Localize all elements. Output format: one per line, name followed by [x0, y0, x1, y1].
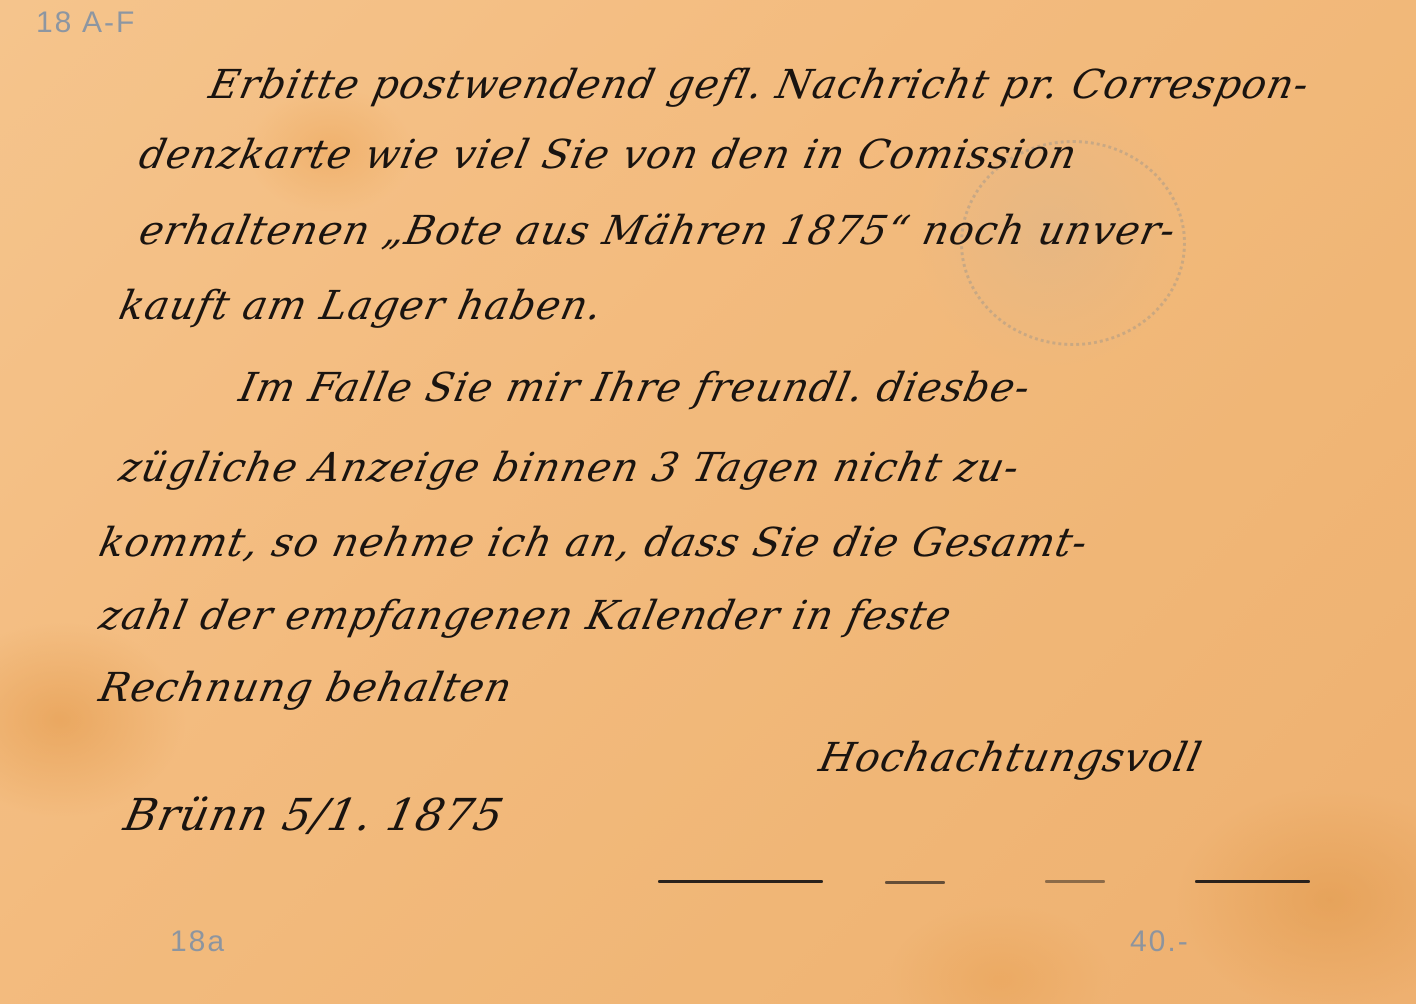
letter-line-6: zügliche Anzeige binnen 3 Tagen nicht zu… [115, 445, 1024, 491]
signature-line-segment [658, 880, 823, 883]
letter-line-2: denzkarte wie viel Sie von den in Comiss… [135, 132, 1081, 178]
closing: Hochachtungsvoll [815, 735, 1206, 781]
letter-line-1: Erbitte postwendend gefl. Nachricht pr. … [205, 62, 1313, 108]
letter-line-7: kommt, so nehme ich an, dass Sie die Ges… [95, 520, 1092, 566]
letter-line-4: kauft am Lager haben. [115, 283, 607, 329]
postcard: 18 A-F Erbitte postwendend gefl. Nachric… [0, 0, 1416, 1004]
archive-note-price: 40.- [1130, 925, 1190, 959]
signature-line-segment [885, 881, 945, 884]
letter-line-9: Rechnung behalten [95, 665, 517, 711]
letter-line-5: Im Falle Sie mir Ihre freundl. diesbe- [235, 365, 1035, 411]
place-date: Brünn 5/1. 1875 [120, 790, 509, 841]
archive-note-bottom-left: 18a [170, 925, 226, 959]
signature-line-segment [1195, 880, 1310, 883]
letter-line-3: erhaltenen „Bote aus Mähren 1875“ noch u… [135, 208, 1180, 254]
archive-note-top-left: 18 A-F [36, 6, 136, 40]
letter-line-8: zahl der empfangenen Kalender in feste [95, 593, 956, 639]
signature-line-segment [1045, 880, 1105, 883]
